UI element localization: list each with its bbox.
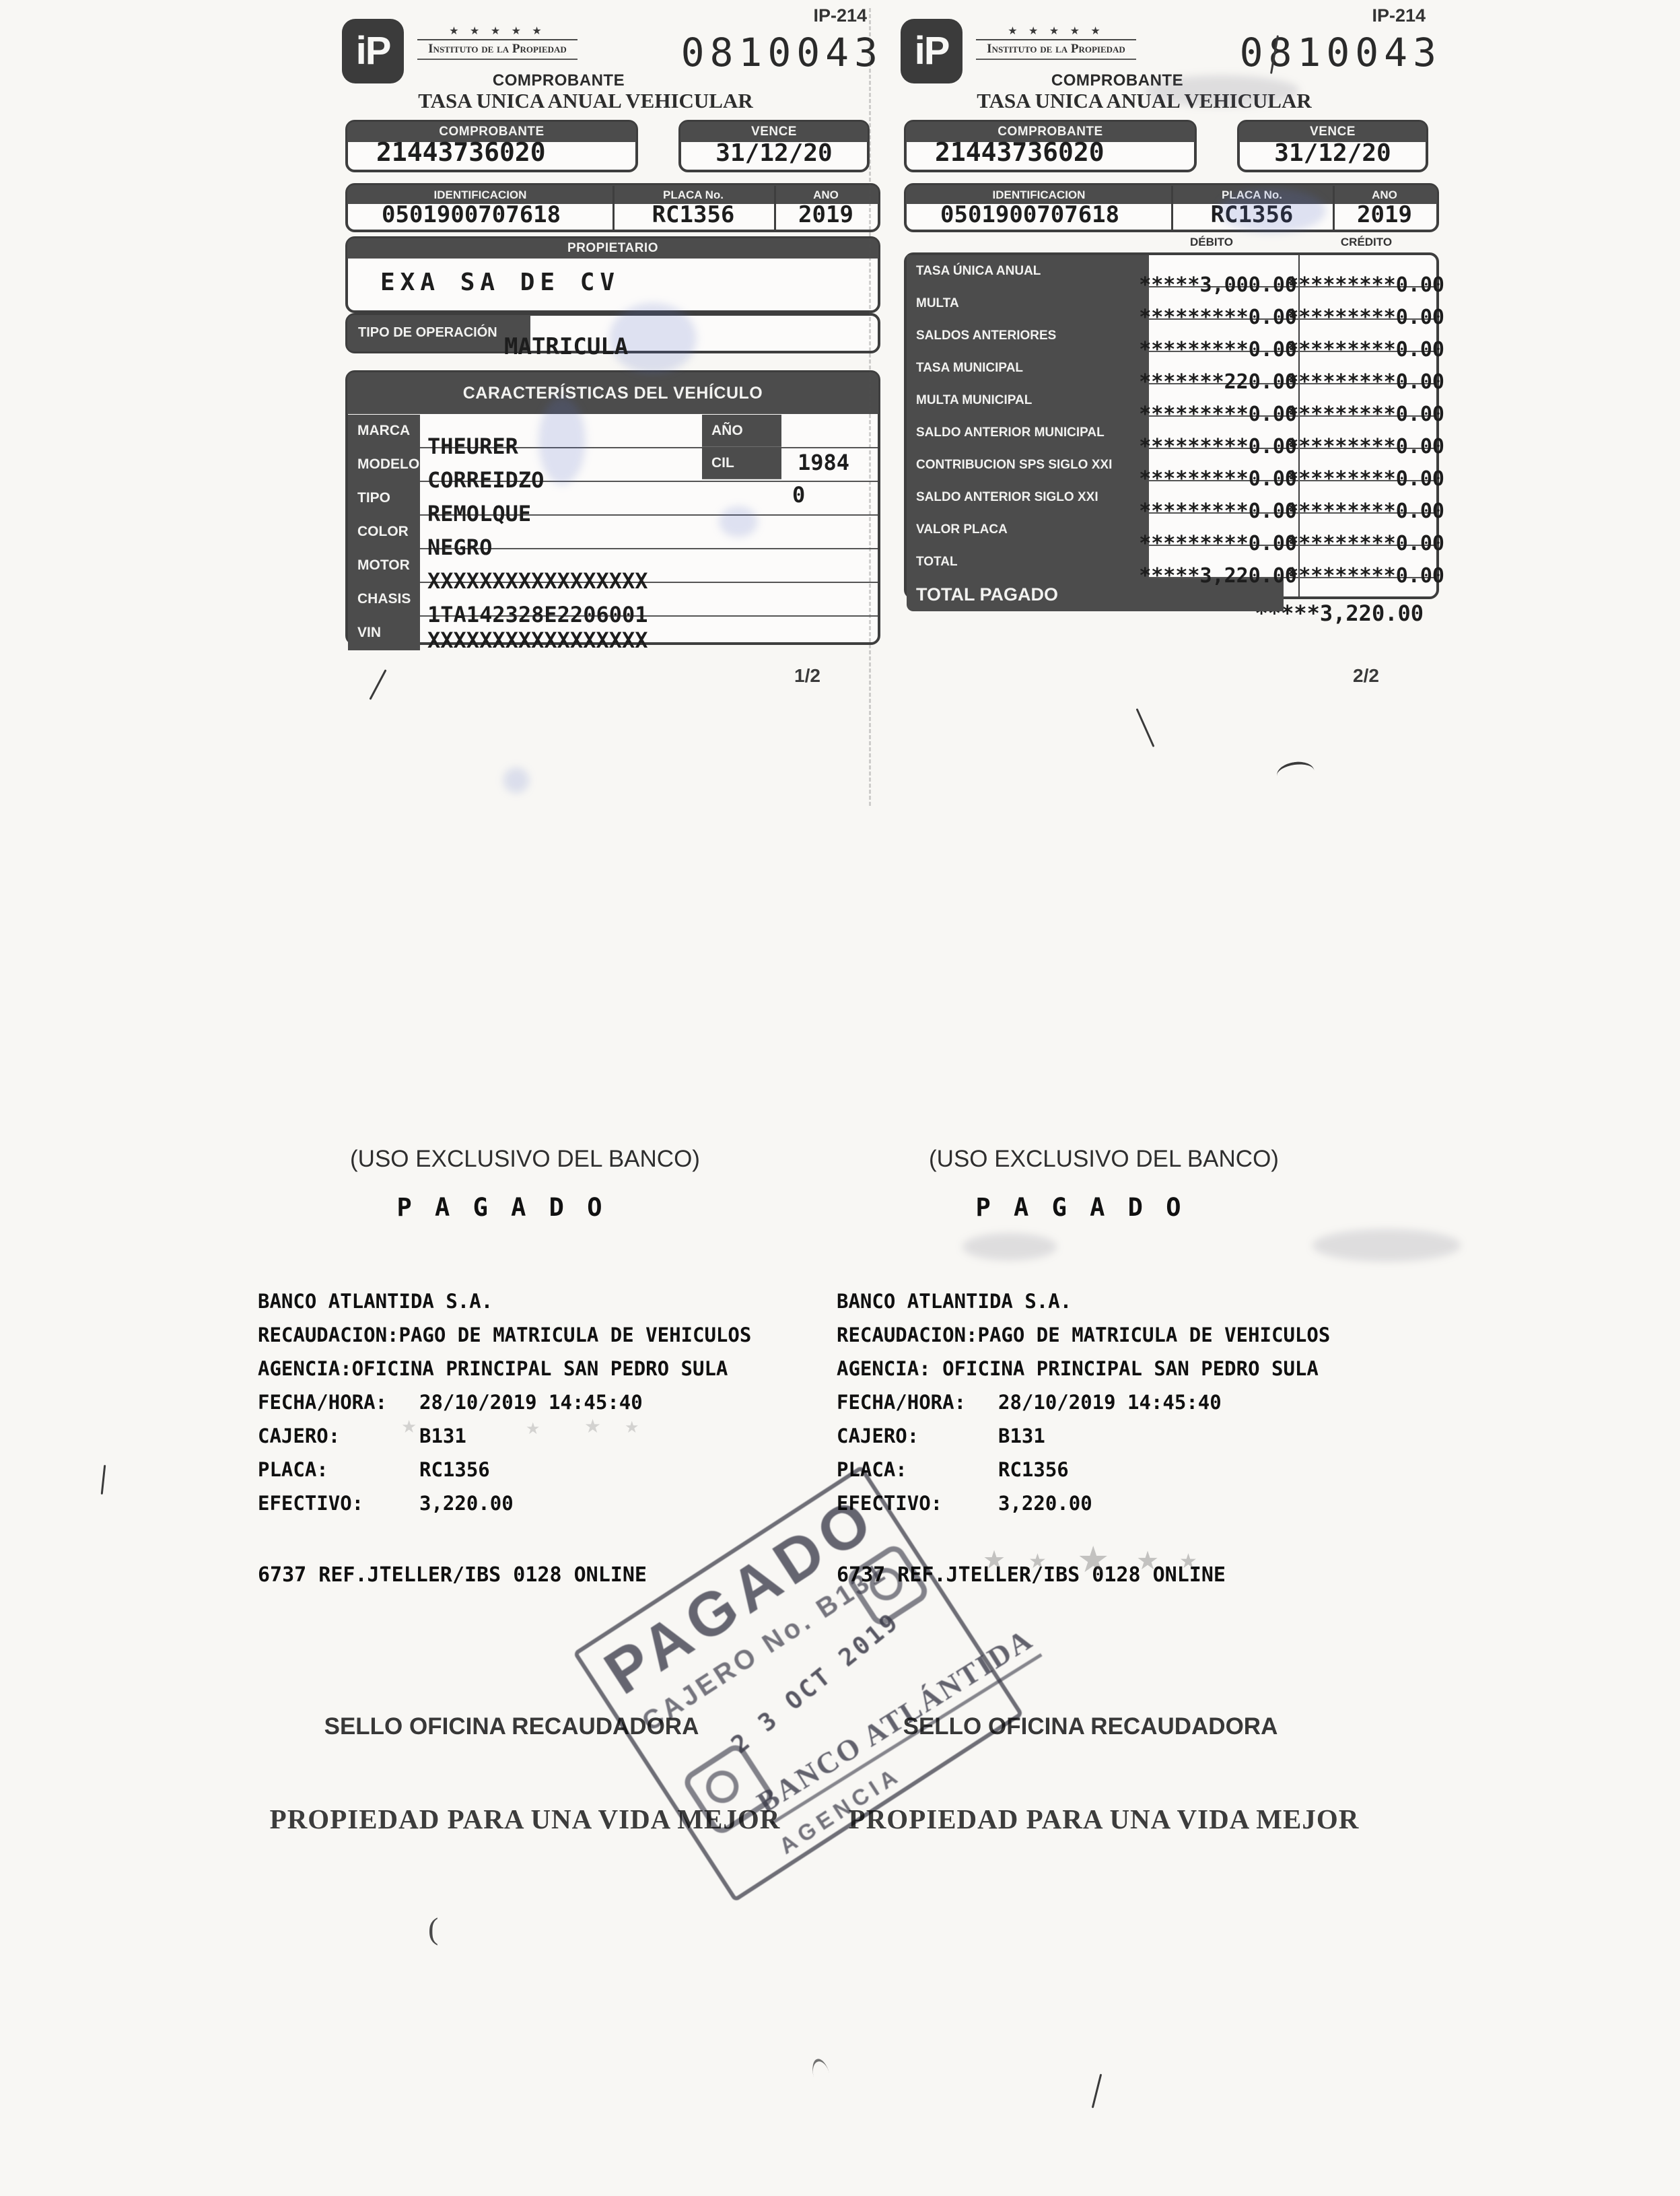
vence-value: 31/12/20 <box>681 139 867 167</box>
vehicle-box: CARACTERÍSTICAS DEL VEHÍCULO MARCA THEUR… <box>345 370 880 645</box>
institute-name: Instituto de la Propiedad <box>417 39 577 60</box>
vehicle-ano-value: 1984 <box>798 450 849 475</box>
payments-table: TASA ÚNICA ANUAL *****3,000.00 *********… <box>904 252 1439 599</box>
table-row: MARCA THEURER <box>348 415 878 448</box>
form-code: IP-214 <box>1372 5 1426 26</box>
pencil-smudge <box>1144 75 1299 106</box>
institute-block: ★ ★ ★ ★ ★ Instituto de la Propiedad <box>976 24 1136 60</box>
propietario-box: PROPIETARIO EXA SA DE CV <box>345 236 880 313</box>
comprobante-value: 21443736020 <box>935 137 1105 167</box>
star-icon: ★ <box>1028 1550 1047 1573</box>
stars-icon: ★ ★ ★ ★ ★ <box>417 24 577 38</box>
cajero-line: CAJERO:B131 <box>837 1419 1330 1453</box>
slogan: PROPIEDAD PARA UNA VIDA MEJOR <box>825 1803 1383 1835</box>
pen-mark <box>101 1465 106 1495</box>
fecha-line: FECHA/HORA:28/10/2019 14:45:40 <box>837 1385 1330 1419</box>
identification-box: IDENTIFICACION PLACA No. ANO 05019007076… <box>904 183 1439 232</box>
efectivo-line: EFECTIVO:3,220.00 <box>258 1486 751 1520</box>
pen-mark <box>810 2057 831 2080</box>
vehicle-table: MARCA THEURER MODELO CORREIDZO TIPO REMO… <box>348 415 878 642</box>
page-marker: 1/2 <box>794 665 855 687</box>
agencia-line: AGENCIA:OFICINA PRINCIPAL SAN PEDRO SULA <box>258 1352 751 1385</box>
paid-label: P A G A D O <box>246 1193 757 1222</box>
reference-line: 6737 REF.JTELLER/IBS 0128 ONLINE <box>258 1563 647 1587</box>
paid-label: P A G A D O <box>825 1193 1336 1222</box>
bank-use-label: (USO EXCLUSIVO DEL BANCO) <box>825 1146 1383 1173</box>
star-icon: ★ <box>625 1418 639 1437</box>
comprobante-box: COMPROBANTE 21443736020 <box>904 120 1197 172</box>
vence-value: 31/12/20 <box>1240 139 1426 167</box>
bank-detail-lines: BANCO ATLANTIDA S.A. RECAUDACION:PAGO DE… <box>258 1284 751 1520</box>
comprobante-box: COMPROBANTE 21443736020 <box>345 120 638 172</box>
agencia-line: AGENCIA: OFICINA PRINCIPAL SAN PEDRO SUL… <box>837 1352 1330 1385</box>
star-icon: ★ <box>584 1415 601 1437</box>
bank-detail-lines: BANCO ATLANTIDA S.A. RECAUDACION:PAGO DE… <box>837 1284 1330 1520</box>
credito-column-header: CRÉDITO <box>1312 236 1420 249</box>
pencil-smudge <box>963 1233 1057 1260</box>
star-icon: ★ <box>983 1545 1006 1575</box>
ip-logo: iP <box>342 19 404 83</box>
institute-block: ★ ★ ★ ★ ★ Instituto de la Propiedad <box>417 24 577 60</box>
fold-line <box>869 8 871 806</box>
efectivo-line: EFECTIVO:3,220.00 <box>837 1486 1330 1520</box>
ink-smudge <box>1218 188 1326 233</box>
serial-number: 0810043 <box>681 30 883 75</box>
identification-box: IDENTIFICACION PLACA No. ANO 05019007076… <box>345 183 880 232</box>
ink-smudge <box>538 397 586 485</box>
pen-mark: ( <box>428 1911 438 1946</box>
placa-line: PLACA:RC1356 <box>837 1453 1330 1486</box>
recaudacion-line: RECAUDACION:PAGO DE MATRICULA DE VEHICUL… <box>258 1318 751 1352</box>
tipo-operacion-box: TIPO DE OPERACIÓN MATRICULA <box>345 313 880 353</box>
ink-smudge <box>503 767 529 793</box>
bank-use-label: (USO EXCLUSIVO DEL BANCO) <box>246 1146 804 1173</box>
pencil-smudge <box>1312 1229 1461 1262</box>
ano-cil-subtable: AÑO CIL <box>702 415 781 479</box>
table-row: TASA ÚNICA ANUAL *****3,000.00 *********… <box>907 255 1436 287</box>
star-icon: ★ <box>401 1416 417 1437</box>
stars-icon: ★ ★ ★ ★ ★ <box>976 24 1136 38</box>
institute-name: Instituto de la Propiedad <box>976 39 1136 60</box>
star-icon: ★ <box>1077 1538 1109 1581</box>
doc-type-label: COMPROBANTE <box>464 71 653 90</box>
tipo-operacion-label: TIPO DE OPERACIÓN <box>347 315 530 351</box>
tipo-operacion-value: MATRICULA <box>504 333 628 360</box>
placa-value: RC1356 <box>612 201 774 228</box>
pen-mark <box>1092 2073 1102 2108</box>
comprobante-value: 21443736020 <box>376 137 546 167</box>
vehicle-ano-label: AÑO <box>702 415 781 447</box>
vehicle-cil-label: CIL <box>702 447 781 479</box>
star-icon: ★ <box>1136 1546 1159 1576</box>
propietario-value: EXA SA DE CV <box>380 269 620 296</box>
receipt-copy-1: iP ★ ★ ★ ★ ★ Instituto de la Propiedad I… <box>316 0 875 720</box>
bank-name: BANCO ATLANTIDA S.A. <box>258 1284 751 1318</box>
form-title: TASA UNICA ANUAL VEHICULAR <box>390 89 781 113</box>
receipt-copy-2: iP ★ ★ ★ ★ ★ Instituto de la Propiedad I… <box>875 0 1434 720</box>
ink-smudge <box>719 506 758 537</box>
debito-column-header: DÉBITO <box>1158 236 1265 249</box>
propietario-label: PROPIETARIO <box>347 238 878 259</box>
identificacion-value: 0501900707618 <box>382 201 561 228</box>
identificacion-value: 0501900707618 <box>940 201 1119 228</box>
vence-box: VENCE 31/12/20 <box>678 120 870 172</box>
recaudacion-line: RECAUDACION:PAGO DE MATRICULA DE VEHICUL… <box>837 1318 1330 1352</box>
ip-logo: iP <box>901 19 963 83</box>
vehicle-header: CARACTERÍSTICAS DEL VEHÍCULO <box>347 372 878 414</box>
ano-value: 2019 <box>1333 201 1436 228</box>
bank-name: BANCO ATLANTIDA S.A. <box>837 1284 1330 1318</box>
serial-number: 0810043 <box>1240 30 1442 75</box>
star-icon: ★ <box>1179 1550 1197 1573</box>
star-icon: ★ <box>526 1419 540 1439</box>
vence-box: VENCE 31/12/20 <box>1237 120 1428 172</box>
cajero-line: CAJERO:B131 <box>258 1419 751 1453</box>
pen-mark <box>1275 759 1315 778</box>
vehicle-cil-value: 0 <box>792 482 805 508</box>
page-marker: 2/2 <box>1353 665 1413 687</box>
form-code: IP-214 <box>813 5 867 26</box>
ano-value: 2019 <box>774 201 878 228</box>
fecha-line: FECHA/HORA:28/10/2019 14:45:40 <box>258 1385 751 1419</box>
scanned-receipt-page: iP ★ ★ ★ ★ ★ Instituto de la Propiedad I… <box>0 0 1680 2196</box>
placa-line: PLACA:RC1356 <box>258 1453 751 1486</box>
